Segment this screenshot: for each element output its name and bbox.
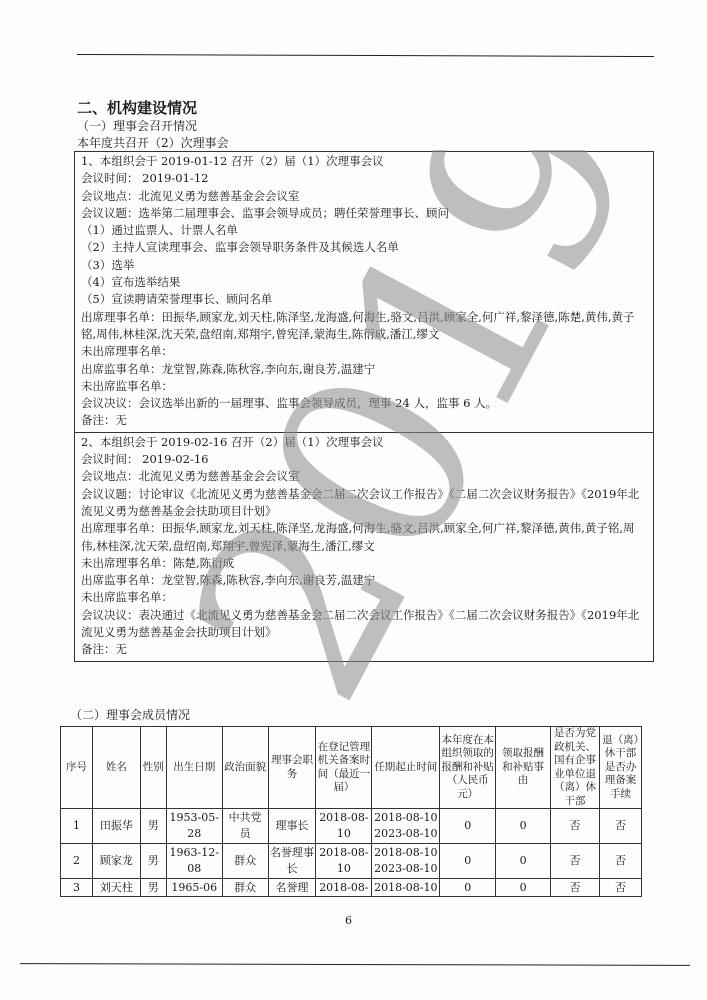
table-cell: 2018-08-10: [372, 879, 440, 897]
table-cell: 0: [440, 844, 496, 879]
meetings-summary: 本年度共召开（2）次理事会: [77, 134, 229, 151]
meeting-time: 会议时间： 2019-02-16: [81, 451, 647, 468]
agenda-item: （2）主持人宣读理事会、监事会领导职务条件及其候选人名单: [81, 239, 647, 256]
meeting-resolution: 会议决议：会议选举出新的一届理事、监事会领导成员，理事 24 人，监事 6 人。: [81, 395, 647, 412]
absent-supervisors: 未出席监事名单：: [81, 589, 647, 606]
meeting-remark: 备注：无: [81, 412, 647, 429]
table-cell: 中共党员: [222, 809, 268, 844]
present-directors: 出席理事名单：田振华,顾家龙,刘天柱,陈泽坚,龙海盛,何海生,骆文,吕洪,顾家全…: [81, 520, 647, 555]
col-header: 理事会职务: [268, 727, 316, 809]
meeting-location: 会议地点：北流见义勇为慈善基金会会议室: [81, 188, 647, 205]
meeting-time: 会议时间： 2019-01-12: [81, 170, 647, 187]
table-cell: 否: [599, 844, 641, 879]
agenda-item: （5）宣读聘请荣誉理事长、顾问名单: [81, 291, 647, 308]
table-cell: 2018-08-10: [316, 809, 372, 844]
table-cell: 名誉理: [268, 879, 316, 897]
table-cell: 0: [496, 809, 551, 844]
table-cell: 否: [551, 879, 600, 897]
table-cell: 群众: [222, 879, 268, 897]
table-cell: 3: [61, 879, 93, 897]
col-header: 领取报酬和补贴事由: [496, 727, 551, 809]
table-cell: 0: [496, 879, 551, 897]
table-row: 1田振华男1953-05-28中共党员理事长2018-08-102018-08-…: [61, 809, 642, 844]
table-cell: 0: [496, 844, 551, 879]
present-supervisors: 出席监事名单：龙堂智,陈森,陈秋容,李向东,谢良芳,温建宁: [81, 572, 647, 589]
table-cell: 男: [140, 879, 166, 897]
col-header: 性别: [140, 727, 166, 809]
absent-directors: 未出席理事名单：: [81, 343, 647, 360]
col-header: 出生日期: [166, 727, 222, 809]
meeting-record: 2、本组织会于 2019-02-16 召开（2）届（1）次理事会议 会议时间： …: [75, 432, 653, 661]
subsection-title-members: （二）理事会成员情况: [70, 706, 190, 723]
table-cell: 2: [61, 844, 93, 879]
col-header: 姓名: [92, 727, 140, 809]
table-row: 3刘天柱男1965-06群众名誉理2018-08-2018-08-1000否否: [61, 879, 642, 897]
table-cell: 1: [61, 809, 93, 844]
table-cell: 否: [599, 809, 641, 844]
meeting-record: 1、本组织会于 2019-01-12 召开（2）届（1）次理事会议 会议时间： …: [75, 152, 653, 432]
meeting-header: 1、本组织会于 2019-01-12 召开（2）届（1）次理事会议: [81, 153, 647, 170]
col-header: 本年度在本组织领取的报酬和补贴（人民币元）: [440, 727, 496, 809]
table-header-row: 序号 姓名 性别 出生日期 政治面貌 理事会职务 在登记管理机关备案时间（最近一…: [61, 727, 642, 809]
absent-supervisors: 未出席监事名单：: [81, 378, 647, 395]
table-cell: 男: [140, 844, 166, 879]
col-header: 退（离）休干部是否办理备案手续: [599, 727, 641, 809]
table-cell: 2018-08-10: [316, 844, 372, 879]
meeting-resolution: 会议决议：表决通过《北流见义勇为慈善基金会二届二次会议工作报告》《二届二次会议财…: [81, 607, 647, 642]
table-cell: 1963-12-08: [166, 844, 222, 879]
col-header: 是否为党政机关、国有企事业单位退（离）休干部: [551, 727, 600, 809]
table-cell: 群众: [222, 844, 268, 879]
subsection-title-meetings: （一）理事会召开情况: [77, 117, 197, 134]
meetings-box: 1、本组织会于 2019-01-12 召开（2）届（1）次理事会议 会议时间： …: [74, 151, 654, 662]
meeting-location: 会议地点：北流见义勇为慈善基金会会议室: [81, 468, 647, 485]
table-cell: 田振华: [92, 809, 140, 844]
meeting-topic: 会议议题：讨论审议《北流见义勇为慈善基金会二届二次会议工作报告》《二届二次会议财…: [81, 486, 647, 521]
table-cell: 名誉理事长: [268, 844, 316, 879]
agenda-item: （3）选举: [81, 257, 647, 274]
table-cell: 2018-08-10 2023-08-10: [372, 844, 440, 879]
agenda-item: （4）宣布选举结果: [81, 274, 647, 291]
table-cell: 刘天柱: [92, 879, 140, 897]
col-header: 任期起止时间: [372, 727, 440, 809]
table-cell: 顾家龙: [92, 844, 140, 879]
col-header: 政治面貌: [222, 727, 268, 809]
meeting-header: 2、本组织会于 2019-02-16 召开（2）届（1）次理事会议: [81, 434, 647, 451]
col-header: 序号: [61, 727, 93, 809]
absent-directors: 未出席理事名单：陈楚,陈衍成: [81, 555, 647, 572]
agenda-item: （1）通过监票人、计票人名单: [81, 222, 647, 239]
table-cell: 1965-06: [166, 879, 222, 897]
table-cell: 0: [440, 809, 496, 844]
meeting-topic: 会议议题：选举第二届理事会、监事会领导成员；聘任荣誉理事长、顾问: [81, 205, 647, 222]
members-table: 序号 姓名 性别 出生日期 政治面貌 理事会职务 在登记管理机关备案时间（最近一…: [60, 726, 642, 897]
table-cell: 1953-05-28: [166, 809, 222, 844]
table-cell: 0: [440, 879, 496, 897]
table-cell: 理事长: [268, 809, 316, 844]
table-cell: 2018-08-: [316, 879, 372, 897]
table-cell: 否: [599, 879, 641, 897]
table-cell: 否: [551, 809, 600, 844]
table-cell: 男: [140, 809, 166, 844]
header-rule: [77, 54, 654, 57]
col-header: 在登记管理机关备案时间（最近一届）: [316, 727, 372, 809]
present-directors: 出席理事名单：田振华,顾家龙,刘天柱,陈泽坚,龙海盛,何海生,骆文,吕洪,顾家全…: [81, 309, 647, 344]
page-number: 6: [345, 914, 352, 927]
present-supervisors: 出席监事名单：龙堂智,陈森,陈秋容,李向东,谢良芳,温建宁: [81, 361, 647, 378]
meeting-remark: 备注：无: [81, 641, 647, 658]
table-row: 2顾家龙男1963-12-08群众名誉理事长2018-08-102018-08-…: [61, 844, 642, 879]
section-title: 二、机构建设情况: [77, 97, 197, 118]
table-cell: 2018-08-10 2023-08-10: [372, 809, 440, 844]
table-cell: 否: [551, 844, 600, 879]
footer-rule: [20, 963, 690, 966]
